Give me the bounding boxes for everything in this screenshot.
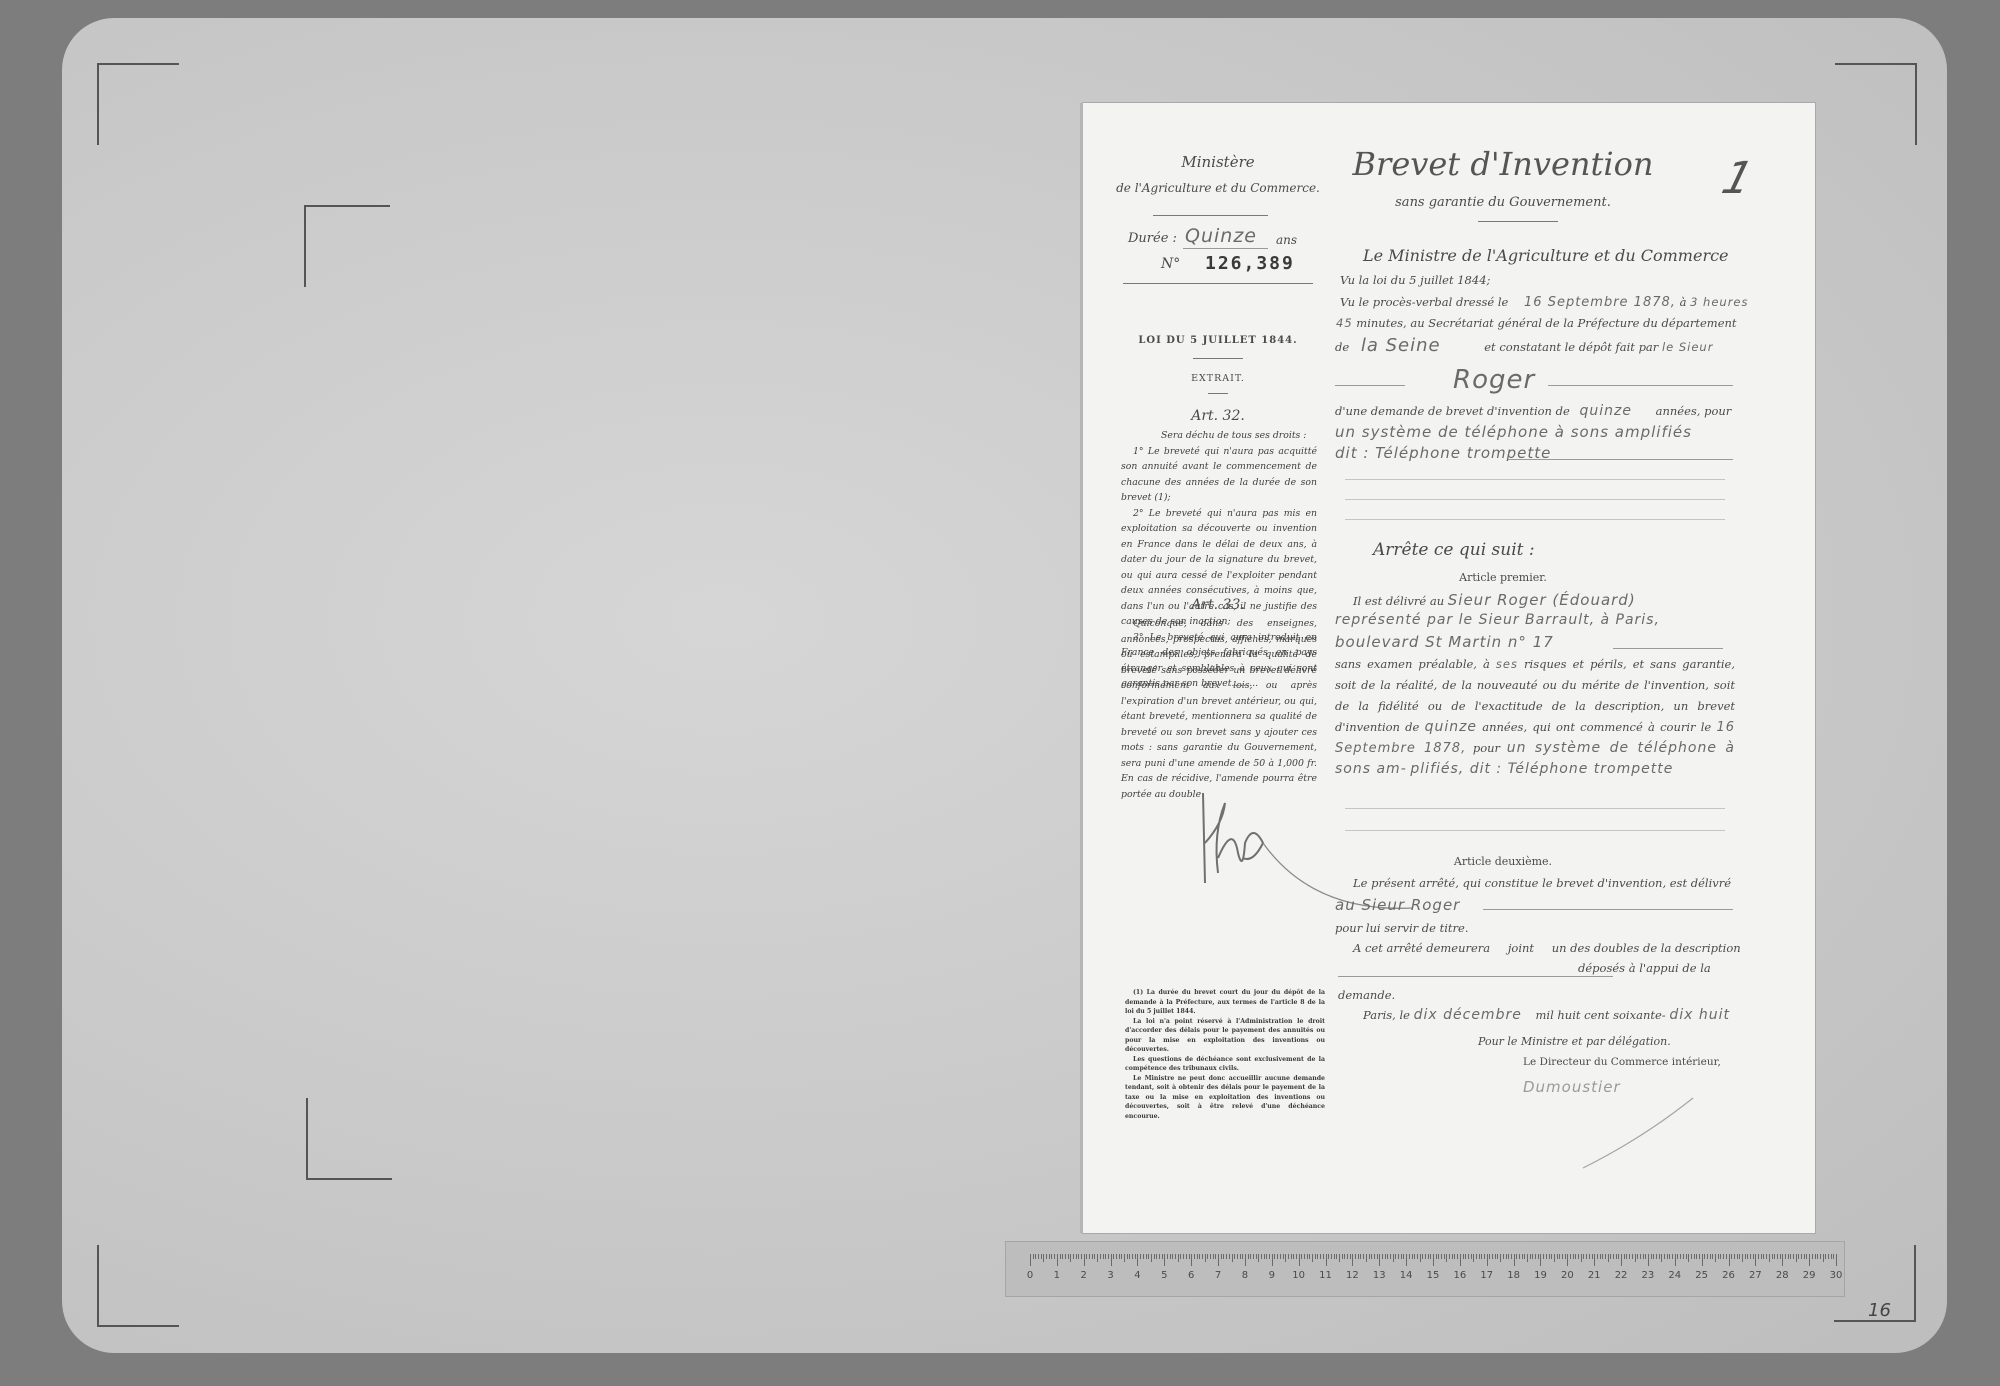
ruler-tick xyxy=(1054,1254,1055,1259)
ruler-tick xyxy=(1514,1254,1515,1266)
ruler-tick xyxy=(1366,1254,1367,1262)
ruler-tick xyxy=(1334,1254,1335,1259)
demande-pre: d'une demande de brevet d'invention de xyxy=(1335,404,1570,418)
ruler-tick xyxy=(1651,1254,1652,1259)
ruler-tick xyxy=(1344,1254,1345,1259)
ruler-tick xyxy=(1248,1254,1249,1259)
blank-line-4 xyxy=(1345,808,1725,809)
ruler-tick xyxy=(1207,1254,1208,1259)
ruler-tick xyxy=(1479,1254,1480,1259)
ruler-tick xyxy=(1594,1254,1595,1266)
ruler-tick xyxy=(1129,1254,1130,1259)
ruler-tick xyxy=(1610,1254,1611,1259)
ruler-tick xyxy=(1347,1254,1348,1259)
ruler-tick xyxy=(1108,1254,1109,1259)
department-line: de la Seine et constatant le dépôt fait … xyxy=(1335,335,1713,356)
ruler-tick xyxy=(1812,1254,1813,1259)
ruler-tick xyxy=(1307,1254,1308,1259)
ruler-tick xyxy=(1253,1254,1254,1259)
ruler-tick xyxy=(1790,1254,1791,1259)
ruler-tick xyxy=(1360,1254,1361,1259)
ruler-tick xyxy=(1081,1254,1082,1259)
duration-unit: ans xyxy=(1276,233,1297,247)
vu-proces-line: Vu le procès-verbal dressé le 16 Septemb… xyxy=(1340,295,1749,310)
ruler-tick xyxy=(1438,1254,1439,1259)
ruler-tick xyxy=(1720,1254,1721,1259)
ruler-tick xyxy=(1393,1254,1394,1262)
art2-annexe-a: A cet arrêté demeurera xyxy=(1353,941,1490,955)
vu-proces-label: Vu le procès-verbal dressé le xyxy=(1340,295,1508,309)
ruler-tick xyxy=(1575,1254,1576,1259)
ruler-tick xyxy=(1382,1254,1383,1259)
ruler-tick xyxy=(1046,1254,1047,1259)
ruler-tick xyxy=(1441,1254,1442,1259)
ruler-tick xyxy=(1557,1254,1558,1259)
article-33-text: Quiconque, dans des enseignes, annonces,… xyxy=(1121,616,1317,802)
art2-demande: demande. xyxy=(1338,988,1395,1002)
ruler-tick xyxy=(1293,1254,1294,1259)
ruler-tick xyxy=(1788,1254,1789,1259)
ruler-tick xyxy=(1086,1254,1087,1259)
ruler-tick xyxy=(1664,1254,1665,1259)
ruler-tick xyxy=(1065,1254,1066,1259)
ministry-full-name: de l'Agriculture et du Commerce. xyxy=(1103,181,1333,195)
ruler-tick xyxy=(1043,1254,1044,1262)
ruler-tick xyxy=(1506,1254,1507,1259)
ruler-tick xyxy=(1159,1254,1160,1259)
extrait-heading: EXTRAIT. xyxy=(1113,373,1323,384)
ruler-tick xyxy=(1078,1254,1079,1259)
ruler-label: 30 xyxy=(1830,1270,1843,1281)
invention-title-line-1: un système de téléphone à sons amplifiés xyxy=(1335,423,1692,441)
ruler-tick xyxy=(1073,1254,1074,1259)
art2-pour: pour lui servir de titre. xyxy=(1335,921,1469,935)
ruler-tick xyxy=(1339,1254,1340,1262)
ruler-tick xyxy=(1162,1254,1163,1259)
ruler-label: 7 xyxy=(1215,1270,1221,1281)
ruler-tick xyxy=(1277,1254,1278,1259)
ruler-tick xyxy=(1175,1254,1176,1259)
ruler-tick xyxy=(1194,1254,1195,1259)
ruler-tick xyxy=(1232,1254,1233,1262)
ruler-tick xyxy=(1355,1254,1356,1259)
ruler-tick xyxy=(1146,1254,1147,1259)
art1-delivered-line: Il est délivré au Sieur Roger (Édouard) xyxy=(1353,591,1636,609)
ruler-tick xyxy=(1739,1254,1740,1259)
ruler-tick xyxy=(1782,1254,1783,1266)
ruler-tick xyxy=(1264,1254,1265,1259)
ruler-tick xyxy=(1549,1254,1550,1259)
blank-line-3 xyxy=(1345,519,1725,520)
ruler-tick xyxy=(1793,1254,1794,1259)
art2-recipient: au Sieur Roger xyxy=(1335,896,1460,914)
ruler-tick xyxy=(1457,1254,1458,1259)
ruler-tick xyxy=(1715,1254,1716,1262)
ruler-tick xyxy=(1567,1254,1568,1266)
ruler-tick xyxy=(1331,1254,1332,1259)
ruler-tick xyxy=(1191,1254,1192,1266)
ruler-tick xyxy=(1111,1254,1112,1266)
art2-annexe-c: un des doubles de la description xyxy=(1552,941,1741,955)
ruler-tick xyxy=(1092,1254,1093,1259)
ruler-tick xyxy=(1710,1254,1711,1259)
ruler-tick xyxy=(1266,1254,1267,1259)
ruler-tick xyxy=(1777,1254,1778,1259)
ruler-label: 17 xyxy=(1480,1270,1493,1281)
ruler-tick xyxy=(1269,1254,1270,1259)
ruler-tick xyxy=(1554,1254,1555,1262)
ruler-tick xyxy=(1304,1254,1305,1259)
ruler-tick xyxy=(1164,1254,1165,1266)
article-32-intro: Sera déchu de tous ses droits : xyxy=(1121,428,1317,444)
duration-underline xyxy=(1183,248,1268,249)
ruler-tick xyxy=(1629,1254,1630,1259)
ruler-label: 18 xyxy=(1507,1270,1520,1281)
ruler-tick xyxy=(1694,1254,1695,1259)
ruler-tick xyxy=(1226,1254,1227,1259)
ruler-tick xyxy=(1831,1254,1832,1259)
ruler-tick xyxy=(1565,1254,1566,1259)
ruler-tick xyxy=(1583,1254,1584,1259)
ruler-tick xyxy=(1820,1254,1821,1259)
ruler-tick xyxy=(1140,1254,1141,1259)
duration-label: Durée : xyxy=(1128,231,1177,246)
ruler-tick xyxy=(1320,1254,1321,1259)
ruler-tick xyxy=(1323,1254,1324,1259)
ruler-tick xyxy=(1726,1254,1727,1259)
ruler-tick xyxy=(1315,1254,1316,1259)
ruler-tick xyxy=(1105,1254,1106,1259)
ruler-tick xyxy=(1635,1254,1636,1262)
footnote-block: (1) La durée du brevet court du jour du … xyxy=(1125,988,1325,1121)
ruler-tick xyxy=(1804,1254,1805,1259)
ruler-tick xyxy=(1374,1254,1375,1259)
ruler-tick xyxy=(1801,1254,1802,1259)
ruler-label: 24 xyxy=(1668,1270,1681,1281)
title-divider xyxy=(1478,221,1558,222)
ruler-tick xyxy=(1412,1254,1413,1259)
ruler-tick xyxy=(1763,1254,1764,1259)
ruler-tick xyxy=(1137,1254,1138,1266)
ruler-tick xyxy=(1398,1254,1399,1259)
ruler-tick xyxy=(1309,1254,1310,1259)
ruler-label: 3 xyxy=(1107,1270,1113,1281)
ruler-tick xyxy=(1148,1254,1149,1259)
ruler-label: 21 xyxy=(1588,1270,1601,1281)
ruler-tick xyxy=(1444,1254,1445,1259)
ruler-tick xyxy=(1245,1254,1246,1266)
ruler-tick xyxy=(1796,1254,1797,1262)
department-value: la Seine xyxy=(1361,335,1441,356)
ruler-label: 6 xyxy=(1188,1270,1194,1281)
art2-annexe-line: A cet arrêté demeurera joint un des doub… xyxy=(1353,941,1741,955)
ruler-tick xyxy=(1696,1254,1697,1259)
ruler-tick xyxy=(1358,1254,1359,1259)
ruler-tick xyxy=(1062,1254,1063,1259)
ruler-tick xyxy=(1213,1254,1214,1259)
ruler-tick xyxy=(1132,1254,1133,1259)
ruler-label: 16 xyxy=(1453,1270,1466,1281)
ruler-tick xyxy=(1667,1254,1668,1259)
article-33-title: Art. 33. xyxy=(1113,597,1323,613)
ruler-tick xyxy=(1632,1254,1633,1259)
ruler-tick xyxy=(1151,1254,1152,1262)
ruler-tick xyxy=(1511,1254,1512,1259)
ruler-tick xyxy=(1772,1254,1773,1259)
ruler-tick xyxy=(1592,1254,1593,1259)
ruler-tick xyxy=(1113,1254,1114,1259)
ruler-tick xyxy=(1605,1254,1606,1259)
signatory-line-2: Le Directeur du Commerce intérieur, xyxy=(1523,1056,1721,1068)
ruler-tick xyxy=(1446,1254,1447,1262)
ruler-tick xyxy=(1430,1254,1431,1259)
ruler-tick xyxy=(1828,1254,1829,1259)
ruler-tick xyxy=(1379,1254,1380,1266)
ruler-tick xyxy=(1377,1254,1378,1259)
ruler-label: 22 xyxy=(1615,1270,1628,1281)
ruler-tick xyxy=(1350,1254,1351,1259)
ruler-tick xyxy=(1691,1254,1692,1259)
ruler-tick xyxy=(1038,1254,1039,1259)
ruler-tick xyxy=(1299,1254,1300,1266)
ruler-label: 5 xyxy=(1161,1270,1167,1281)
ruler-tick xyxy=(1780,1254,1781,1259)
ruler-tick xyxy=(1068,1254,1069,1259)
art1-representative: représenté par le Sieur Barrault, à Pari… xyxy=(1335,612,1660,628)
ruler-tick xyxy=(1178,1254,1179,1262)
art2-annexe-d: déposés à l'appui de la xyxy=(1578,961,1711,975)
ruler-label: 13 xyxy=(1373,1270,1386,1281)
ruler-tick xyxy=(1766,1254,1767,1259)
ornament-divider xyxy=(1153,215,1268,216)
extrait-divider xyxy=(1208,393,1228,394)
ruler-tick xyxy=(1463,1254,1464,1259)
ruler-tick xyxy=(1237,1254,1238,1259)
proces-minutes: 45 xyxy=(1336,316,1353,330)
ruler-tick xyxy=(1242,1254,1243,1259)
registration-mark-inner-top-left xyxy=(304,205,390,287)
ruler-label: 23 xyxy=(1642,1270,1655,1281)
ruler-tick xyxy=(1825,1254,1826,1259)
patent-document-page: Ministère de l'Agriculture et du Commerc… xyxy=(1083,103,1815,1233)
ruler-label: 15 xyxy=(1427,1270,1440,1281)
address-rule xyxy=(1613,648,1723,649)
ruler-tick xyxy=(1645,1254,1646,1259)
ruler-tick xyxy=(1406,1254,1407,1266)
ruler-tick xyxy=(1070,1254,1071,1262)
ruler-tick xyxy=(1229,1254,1230,1259)
ruler-tick xyxy=(1261,1254,1262,1259)
sieur-label: le Sieur xyxy=(1662,340,1714,354)
ruler-tick xyxy=(1240,1254,1241,1259)
ruler-tick xyxy=(1301,1254,1302,1259)
ruler-tick xyxy=(1833,1254,1834,1259)
ruler-tick xyxy=(1121,1254,1122,1259)
ruler-tick xyxy=(1734,1254,1735,1259)
registration-mark-outer-top-left xyxy=(97,63,179,145)
ruler-tick xyxy=(1049,1254,1050,1259)
ruler-tick xyxy=(1648,1254,1649,1266)
ruler-tick xyxy=(1546,1254,1547,1259)
art1-recipient: Sieur Roger (Édouard) xyxy=(1448,591,1636,609)
ruler-tick xyxy=(1704,1254,1705,1259)
ruler-tick xyxy=(1420,1254,1421,1262)
art2-recipient-rule xyxy=(1483,909,1733,910)
ruler-tick xyxy=(1116,1254,1117,1259)
ruler-label: 25 xyxy=(1695,1270,1708,1281)
ruler-tick xyxy=(1621,1254,1622,1266)
name-line-right xyxy=(1548,385,1733,386)
ruler-tick xyxy=(1718,1254,1719,1259)
ruler-tick xyxy=(1076,1254,1077,1259)
ruler-tick xyxy=(1559,1254,1560,1259)
ruler-tick xyxy=(1761,1254,1762,1259)
art1-body: sans examen préalable, à ses risques et … xyxy=(1335,654,1735,780)
ruler-label: 27 xyxy=(1749,1270,1762,1281)
demande-line: d'une demande de brevet d'invention de q… xyxy=(1335,403,1731,419)
ruler-tick xyxy=(1616,1254,1617,1259)
ruler-tick xyxy=(1422,1254,1423,1259)
ruler-tick xyxy=(1127,1254,1128,1259)
ruler-tick xyxy=(1403,1254,1404,1259)
article-32-title: Art. 32. xyxy=(1113,408,1323,424)
art2-text: Le présent arrêté, qui constitue le brev… xyxy=(1353,876,1731,890)
ruler-tick xyxy=(1699,1254,1700,1259)
ruler-tick xyxy=(1234,1254,1235,1259)
ruler-tick xyxy=(1618,1254,1619,1259)
ruler-tick xyxy=(1371,1254,1372,1259)
arrete-heading: Arrête ce qui suit : xyxy=(1373,540,1535,560)
art1-invention-2: plifiés, dit : Téléphone trompette xyxy=(1410,761,1673,777)
ruler-tick xyxy=(1336,1254,1337,1259)
ruler-tick xyxy=(1409,1254,1410,1259)
demande-post: années, pour xyxy=(1656,404,1732,418)
footnote-3: Les questions de déchéance sont exclusiv… xyxy=(1125,1055,1325,1074)
ruler-tick xyxy=(1562,1254,1563,1259)
ruler-tick xyxy=(1274,1254,1275,1259)
vu-proces-line-2: 45 minutes, au Secrétariat général de la… xyxy=(1336,316,1737,330)
ruler-tick xyxy=(1742,1254,1743,1262)
vu-loi: Vu la loi du 5 juillet 1844; xyxy=(1340,273,1490,287)
art1-body-a: sans examen préalable, à xyxy=(1335,657,1490,671)
ruler-tick xyxy=(1215,1254,1216,1259)
ruler-tick xyxy=(1189,1254,1190,1259)
ruler-tick xyxy=(1180,1254,1181,1259)
issue-date-value: dix décembre xyxy=(1414,1007,1522,1023)
ruler-tick xyxy=(1774,1254,1775,1259)
ruler-tick xyxy=(1489,1254,1490,1259)
ruler-tick xyxy=(1170,1254,1171,1259)
ruler-label: 0 xyxy=(1027,1270,1033,1281)
ruler-tick xyxy=(1758,1254,1759,1259)
ruler-label: 14 xyxy=(1400,1270,1413,1281)
patent-number: 126,389 xyxy=(1205,253,1295,274)
ruler-tick xyxy=(1815,1254,1816,1259)
ruler-tick xyxy=(1836,1254,1837,1266)
proces-at: à xyxy=(1680,295,1687,309)
ruler-tick xyxy=(1626,1254,1627,1259)
patent-number-label: N° xyxy=(1161,256,1180,272)
ruler-tick xyxy=(1326,1254,1327,1266)
blank-line-1 xyxy=(1345,479,1725,480)
ruler-tick xyxy=(1205,1254,1206,1262)
article-32-para-1: 1° Le breveté qui n'aura pas acquitté so… xyxy=(1121,444,1317,506)
ruler-tick xyxy=(1508,1254,1509,1259)
ruler-tick xyxy=(1401,1254,1402,1259)
ruler-label: 29 xyxy=(1803,1270,1816,1281)
ruler-tick xyxy=(1589,1254,1590,1259)
ruler-tick xyxy=(1551,1254,1552,1259)
ruler-tick xyxy=(1468,1254,1469,1259)
ruler-tick xyxy=(1581,1254,1582,1262)
ruler-tick xyxy=(1119,1254,1120,1259)
ruler-tick xyxy=(1785,1254,1786,1259)
ruler-tick xyxy=(1258,1254,1259,1262)
ruler-tick xyxy=(1199,1254,1200,1259)
ruler-tick xyxy=(1296,1254,1297,1259)
ruler-label: 11 xyxy=(1319,1270,1332,1281)
ruler-tick xyxy=(1428,1254,1429,1259)
ruler-tick xyxy=(1686,1254,1687,1259)
ruler-tick xyxy=(1745,1254,1746,1259)
ruler-tick xyxy=(1363,1254,1364,1259)
ruler-tick xyxy=(1256,1254,1257,1259)
duration-value: Quinze xyxy=(1185,225,1257,247)
ruler-tick xyxy=(1328,1254,1329,1259)
signature-flourish xyxy=(1553,1093,1703,1173)
ruler-tick xyxy=(1288,1254,1289,1259)
ruler-tick xyxy=(1769,1254,1770,1262)
minister-heading: Le Ministre de l'Agriculture et du Comme… xyxy=(1363,246,1729,265)
signatory-line-1: Pour le Ministre et par délégation. xyxy=(1478,1035,1671,1048)
ruler-tick xyxy=(1495,1254,1496,1259)
ruler-tick xyxy=(1084,1254,1085,1266)
ruler-tick xyxy=(1602,1254,1603,1259)
article-1-title: Article premier. xyxy=(1413,571,1593,584)
ruler-tick xyxy=(1218,1254,1219,1266)
ruler-tick xyxy=(1094,1254,1095,1259)
ruler-tick xyxy=(1035,1254,1036,1259)
ruler-tick xyxy=(1387,1254,1388,1259)
ruler-tick xyxy=(1608,1254,1609,1262)
law-heading: LOI DU 5 JUILLET 1844. xyxy=(1113,335,1323,346)
ruler-tick xyxy=(1143,1254,1144,1259)
ruler-tick xyxy=(1500,1254,1501,1262)
invention-line-2-rule xyxy=(1508,459,1733,460)
measurement-ruler: 0123456789101112131415161718192021222324… xyxy=(1005,1241,1845,1297)
issue-date-pre: Paris, le xyxy=(1363,1008,1410,1022)
ruler-tick xyxy=(1573,1254,1574,1259)
ruler-tick xyxy=(1683,1254,1684,1259)
ruler-tick xyxy=(1097,1254,1098,1262)
ruler-tick xyxy=(1100,1254,1101,1259)
ruler-tick xyxy=(1538,1254,1539,1259)
ruler-tick xyxy=(1041,1254,1042,1259)
issue-date-line: Paris, le dix décembre mil huit cent soi… xyxy=(1363,1007,1730,1023)
ruler-tick xyxy=(1723,1254,1724,1259)
ruler-tick xyxy=(1817,1254,1818,1259)
art1-pour: pour xyxy=(1473,741,1500,755)
ruler-tick xyxy=(1643,1254,1644,1259)
ruler-tick xyxy=(1640,1254,1641,1259)
ruler-tick xyxy=(1543,1254,1544,1259)
ruler-label: 20 xyxy=(1561,1270,1574,1281)
law-divider xyxy=(1193,358,1243,359)
department-pre: de xyxy=(1335,340,1349,354)
blank-line-5 xyxy=(1345,830,1725,831)
ruler-tick xyxy=(1516,1254,1517,1259)
ruler-tick xyxy=(1476,1254,1477,1259)
